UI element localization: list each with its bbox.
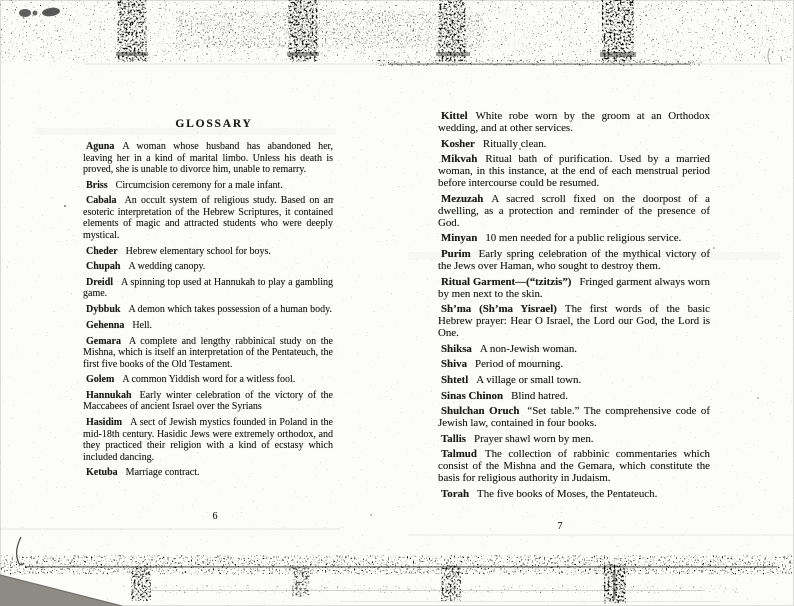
noise-band-secondary <box>150 586 710 592</box>
entry-definition: The five books of Moses, the Pentateuch. <box>477 488 657 500</box>
entry-term: Ketuba <box>86 467 118 478</box>
entry-term: Sh’ma (Sh’ma Yisrael) <box>441 303 557 315</box>
entry-term: Mezuzah <box>441 193 483 205</box>
entry-term: Hannukah <box>86 390 132 401</box>
entry-term: Cheder <box>86 246 118 257</box>
entry-definition: 10 men needed for a public religious ser… <box>485 232 681 244</box>
entry-term: Kittel <box>441 110 468 122</box>
entry-term: Tallis <box>441 433 466 445</box>
glossary-entry: HasidimA sect of Jewish mystics founded … <box>83 417 333 463</box>
entry-definition: A wedding canopy. <box>128 261 205 272</box>
entry-definition: Period of mourning. <box>475 358 563 370</box>
entry-definition: Circumcision ceremony for a male infant. <box>116 180 283 191</box>
glossary-entry: GehennaHell. <box>83 320 333 332</box>
page-number-right: 7 <box>551 521 569 532</box>
entry-term: Purim <box>441 248 471 260</box>
noise-band-dense-patch <box>190 16 470 44</box>
glossary-entry: KittelWhite robe worn by the groom at an… <box>438 110 710 134</box>
entry-definition: An occult system of religious study. Bas… <box>83 195 333 241</box>
entry-term: Shtetl <box>441 374 468 386</box>
glossary-entry: PurimEarly spring celebration of the myt… <box>438 248 710 272</box>
glossary-entry: ChederHebrew elementary school for boys. <box>83 246 333 258</box>
glossary-entry: ShiksaA non-Jewish woman. <box>438 343 710 355</box>
entry-term: Minyan <box>441 232 477 244</box>
edge-line-noise <box>388 61 690 65</box>
entry-definition: A woman whose husband has abandoned her,… <box>83 141 333 175</box>
glossary-entry: KetubaMarriage contract. <box>83 467 333 479</box>
glossary-entry: TorahThe five books of Moses, the Pentat… <box>438 488 710 500</box>
entry-definition: Hell. <box>132 320 152 331</box>
entry-term: Aguna <box>86 141 114 152</box>
entry-definition: Early spring celebration of the mythical… <box>438 248 710 272</box>
entry-term: Briss <box>86 180 108 191</box>
glossary-entry: TalmudThe collection of rabbinic comment… <box>438 448 710 484</box>
glossary-entry: MezuzahA sacred scroll fixed on the door… <box>438 193 710 229</box>
entry-definition: A demon which takes possession of a huma… <box>128 304 332 315</box>
entry-term: Mikvah <box>441 153 477 165</box>
corner-fold-shadow <box>0 575 122 606</box>
entry-term: Dreidl <box>86 277 113 288</box>
glossary-entry: ChupahA wedding canopy. <box>83 261 333 273</box>
glossary-entry: BrissCircumcision ceremony for a male in… <box>83 180 333 192</box>
entry-definition: Ritual bath of purification. Used by a m… <box>438 153 710 189</box>
corner-fold-edge <box>0 575 122 606</box>
glossary-entry: GolemA common Yiddish word for a witless… <box>83 374 333 386</box>
left-page-column: GLOSSARY AgunaA woman whose husband has … <box>83 118 333 483</box>
entry-term: Hasidim <box>86 417 122 428</box>
glossary-entry: HannukahEarly winter celebration of the … <box>83 390 333 413</box>
glossary-entry: DybbukA demon which takes possession of … <box>83 304 333 316</box>
entry-term: Kosher <box>441 138 475 150</box>
glossary-entry: CabalaAn occult system of religious stud… <box>83 195 333 241</box>
entry-definition: A spinning top used at Hannukah to play … <box>83 277 333 300</box>
glossary-entry: KosherRitually clean. <box>438 138 710 150</box>
right-page-entries: KittelWhite robe worn by the groom at an… <box>438 110 710 500</box>
entry-term: Shulchan Oruch <box>441 405 519 417</box>
edge-line <box>388 64 690 65</box>
entry-definition: Hebrew elementary school for boys. <box>126 246 271 257</box>
binding-smudge-marks <box>133 568 624 600</box>
glossary-entry: TallisPrayer shawl worn by men. <box>438 433 710 445</box>
entry-definition: The collection of rabbinic commentaries … <box>438 448 710 484</box>
glossary-entry: Sinas ChinonBlind hatred. <box>438 390 710 402</box>
photocopy-noise-band-bottom <box>0 532 794 606</box>
scanned-glossary-spread: GLOSSARY AgunaA woman whose husband has … <box>0 0 794 606</box>
glossary-entry: Shulchan Oruch“Set table.” The comprehen… <box>438 405 710 429</box>
entry-term: Shiksa <box>441 343 472 355</box>
entry-term: Torah <box>441 488 469 500</box>
glossary-entry: MikvahRitual bath of purification. Used … <box>438 153 710 189</box>
right-page-column: KittelWhite robe worn by the groom at an… <box>438 110 710 504</box>
glossary-entry: ShivaPeriod of mourning. <box>438 358 710 370</box>
photocopy-noise-band-top <box>0 0 794 88</box>
entry-definition: A village or small town. <box>476 374 581 386</box>
edge-line-faint <box>85 64 785 65</box>
pen-mark <box>17 537 24 565</box>
left-page-entries: AgunaA woman whose husband has abandoned… <box>83 141 333 479</box>
photocopy-streak <box>0 528 340 530</box>
entry-term: Chupah <box>86 261 120 272</box>
entry-term: Gehenna <box>86 320 124 331</box>
edge-line-faint-2 <box>340 601 720 602</box>
entry-term: Gemara <box>86 336 121 347</box>
edge-line <box>25 566 777 568</box>
entry-definition: Prayer shawl worn by men. <box>474 433 593 445</box>
noise-band <box>30 6 778 54</box>
entry-term: Ritual Garment—(“tzitzis”) <box>441 276 571 288</box>
glossary-title: GLOSSARY <box>95 118 333 131</box>
glossary-entry: Sh’ma (Sh’ma Yisrael)The first words of … <box>438 303 710 339</box>
entry-term: Golem <box>86 374 114 385</box>
entry-definition: White robe worn by the groom at an Ortho… <box>438 110 710 134</box>
entry-definition: A non-Jewish woman. <box>480 343 577 355</box>
ink-blobs <box>19 7 60 18</box>
edge-line-faint <box>150 590 705 591</box>
entry-definition: Marriage contract. <box>126 467 200 478</box>
entry-definition: Blind hatred. <box>511 390 568 402</box>
glossary-entry: ShtetlA village or small town. <box>438 374 710 386</box>
photocopy-streak <box>408 534 794 536</box>
entry-term: Sinas Chinon <box>441 390 503 402</box>
entry-definition: Ritually clean. <box>483 138 547 150</box>
glossary-entry: AgunaA woman whose husband has abandoned… <box>83 141 333 176</box>
glossary-entry: Ritual Garment—(“tzitzis”)Fringed garmen… <box>438 276 710 300</box>
binding-smudge-marks <box>116 2 636 57</box>
glossary-entry: DreidlA spinning top used at Hannukah to… <box>83 277 333 300</box>
entry-term: Dybbuk <box>86 304 120 315</box>
entry-term: Cabala <box>86 195 117 206</box>
entry-definition: A common Yiddish word for a witless fool… <box>122 374 295 385</box>
noise-band <box>25 558 775 572</box>
glossary-entry: Minyan10 men needed for a public religio… <box>438 232 710 244</box>
entry-term: Shiva <box>441 358 467 370</box>
entry-term: Talmud <box>441 448 477 460</box>
page-number-left: 6 <box>206 511 224 522</box>
right-margin-marks <box>768 48 782 64</box>
glossary-entry: GemaraA complete and lengthy rabbinical … <box>83 336 333 371</box>
